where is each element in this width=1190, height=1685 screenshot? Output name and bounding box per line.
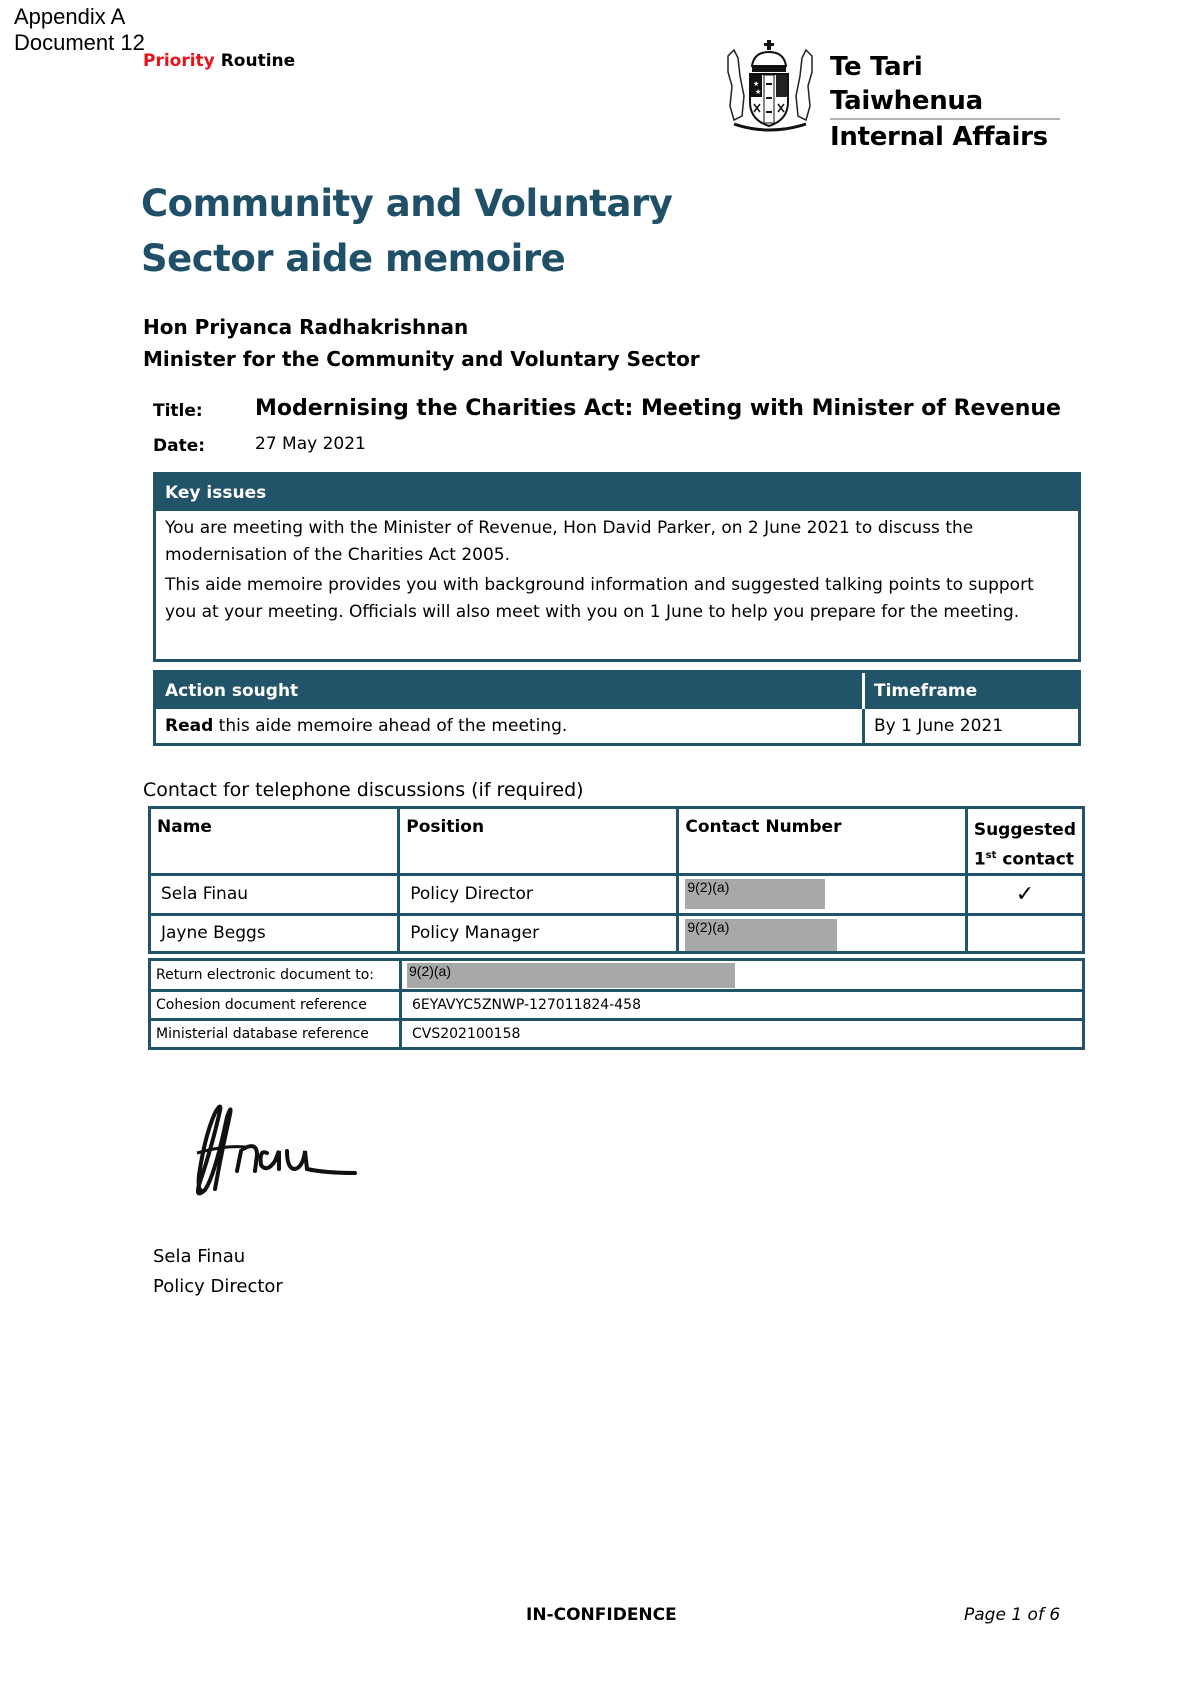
signature-icon bbox=[175, 1095, 400, 1205]
title-label: Title: bbox=[153, 401, 203, 421]
first-contact-header-line2: 1st contact bbox=[974, 843, 1076, 873]
table-row: Sela Finau Policy Director 9(2)(a) ✓ bbox=[150, 874, 1084, 914]
page-title-line2: Sector aide memoire bbox=[141, 231, 672, 286]
first-contact-header-line1: Suggested bbox=[974, 817, 1076, 843]
ordinal-num: 1 bbox=[974, 850, 986, 870]
appendix-stamp: Appendix A Document 12 bbox=[14, 4, 145, 56]
action-sought-header: Action sought bbox=[156, 673, 865, 709]
key-issues-paragraph: You are meeting with the Minister of Rev… bbox=[165, 515, 1069, 569]
logo-english-name: Internal Affairs bbox=[830, 120, 1060, 154]
action-row: Read this aide memoire ahead of the meet… bbox=[156, 709, 1078, 743]
ministry-logo-text: Te Tari Taiwhenua Internal Affairs bbox=[830, 50, 1060, 154]
contact-number-cell: 9(2)(a) bbox=[678, 874, 966, 914]
col-number-header: Contact Number bbox=[678, 808, 966, 875]
col-name-header: Name bbox=[150, 808, 399, 875]
logo-maori-name: Te Tari Taiwhenua bbox=[830, 50, 1060, 118]
nz-coat-of-arms-icon: ★ ★ bbox=[720, 36, 820, 136]
ministerial-reference: CVS202100158 bbox=[401, 1020, 1084, 1049]
col-first-contact-header: Suggested 1st contact bbox=[966, 808, 1083, 875]
first-contact-check-icon: ✓ bbox=[966, 874, 1083, 914]
reference-label: Ministerial database reference bbox=[150, 1020, 401, 1049]
priority-value: Routine bbox=[221, 51, 295, 71]
key-issues-header: Key issues bbox=[156, 475, 1078, 511]
table-row: Jayne Beggs Policy Manager 9(2)(a) bbox=[150, 914, 1084, 952]
action-verb: Read bbox=[165, 716, 213, 736]
priority-label: Priority bbox=[143, 51, 215, 71]
key-issues-box: Key issues You are meeting with the Mini… bbox=[153, 472, 1081, 662]
page-title-line1: Community and Voluntary bbox=[141, 176, 672, 231]
table-row: Ministerial database reference CVS202100… bbox=[150, 1020, 1084, 1049]
signatory-name: Sela Finau bbox=[153, 1242, 283, 1272]
table-row: Return electronic document to: 9(2)(a) bbox=[150, 960, 1084, 991]
contacts-header-row: Name Position Contact Number Suggested 1… bbox=[150, 808, 1084, 875]
redacted-number: 9(2)(a) bbox=[685, 879, 825, 909]
page-title: Community and Voluntary Sector aide memo… bbox=[141, 176, 672, 286]
first-contact-word: contact bbox=[996, 850, 1074, 870]
redacted-return-address: 9(2)(a) bbox=[407, 963, 735, 988]
appendix-label: Appendix A bbox=[14, 4, 145, 30]
col-position-header: Position bbox=[399, 808, 678, 875]
action-header-row: Action sought Timeframe bbox=[156, 673, 1078, 709]
action-rest: this aide memoire ahead of the meeting. bbox=[213, 716, 567, 736]
contact-position: Policy Director bbox=[399, 874, 678, 914]
timeframe-value: By 1 June 2021 bbox=[865, 709, 1078, 743]
signatory: Sela Finau Policy Director bbox=[153, 1242, 283, 1302]
references-table: Return electronic document to: 9(2)(a) C… bbox=[148, 958, 1085, 1050]
action-sought-box: Action sought Timeframe Read this aide m… bbox=[153, 670, 1081, 746]
key-issues-body: You are meeting with the Minister of Rev… bbox=[156, 511, 1078, 630]
contact-name: Sela Finau bbox=[150, 874, 399, 914]
table-row: Cohesion document reference 6EYAVYC5ZNWP… bbox=[150, 991, 1084, 1020]
svg-text:★: ★ bbox=[753, 80, 759, 88]
key-issues-paragraph: This aide memoire provides you with back… bbox=[165, 572, 1069, 626]
ordinal-suffix: st bbox=[986, 850, 997, 861]
signatory-position: Policy Director bbox=[153, 1272, 283, 1302]
contact-name: Jayne Beggs bbox=[150, 914, 399, 952]
classification-footer: IN-CONFIDENCE bbox=[526, 1605, 677, 1625]
contacts-table: Name Position Contact Number Suggested 1… bbox=[148, 806, 1085, 954]
page-number: Page 1 of 6 bbox=[964, 1605, 1060, 1625]
minister-role: Minister for the Community and Voluntary… bbox=[143, 343, 700, 375]
redacted-number: 9(2)(a) bbox=[685, 919, 837, 951]
priority-indicator: Priority Routine bbox=[143, 51, 295, 71]
memo-title: Modernising the Charities Act: Meeting w… bbox=[255, 396, 1061, 421]
action-text: Read this aide memoire ahead of the meet… bbox=[156, 709, 865, 743]
reference-value-cell: 9(2)(a) bbox=[401, 960, 1084, 991]
contact-number-cell: 9(2)(a) bbox=[678, 914, 966, 952]
addressee: Hon Priyanca Radhakrishnan Minister for … bbox=[143, 311, 700, 375]
memo-date: 27 May 2021 bbox=[255, 434, 366, 454]
contacts-caption: Contact for telephone discussions (if re… bbox=[143, 779, 584, 801]
first-contact-cell bbox=[966, 914, 1083, 952]
contact-position: Policy Manager bbox=[399, 914, 678, 952]
minister-name: Hon Priyanca Radhakrishnan bbox=[143, 311, 700, 343]
document-number: Document 12 bbox=[14, 30, 145, 56]
date-label: Date: bbox=[153, 436, 205, 456]
svg-text:★: ★ bbox=[755, 88, 761, 96]
reference-label: Return electronic document to: bbox=[150, 960, 401, 991]
cohesion-reference: 6EYAVYC5ZNWP-127011824-458 bbox=[401, 991, 1084, 1020]
reference-label: Cohesion document reference bbox=[150, 991, 401, 1020]
timeframe-header: Timeframe bbox=[865, 673, 1078, 709]
